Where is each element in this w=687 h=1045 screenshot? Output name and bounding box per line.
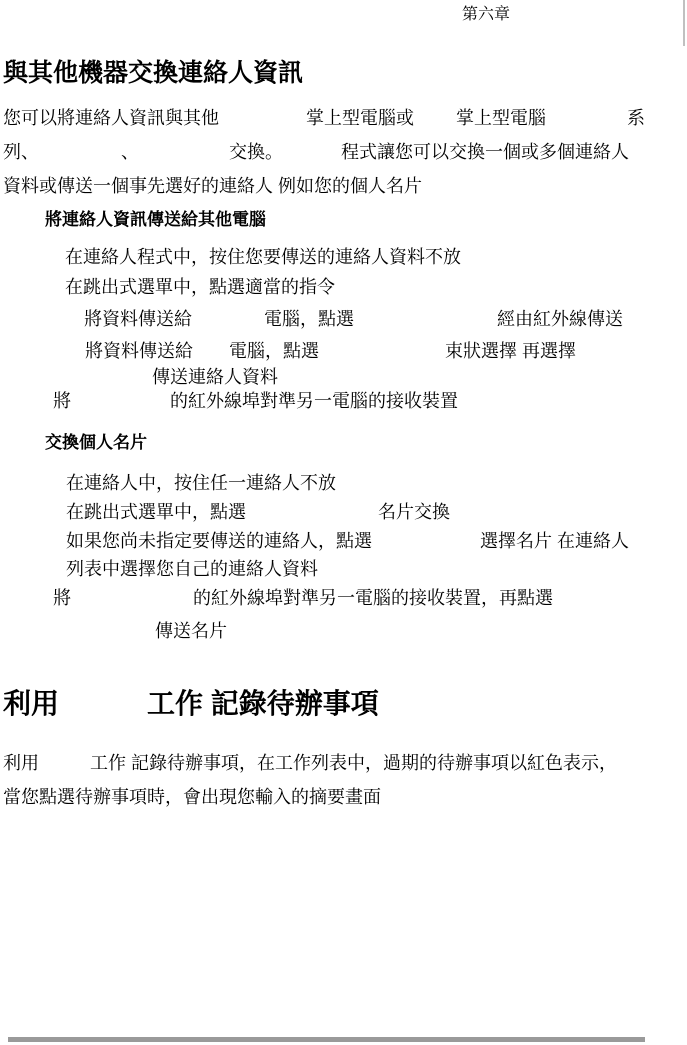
intro-line2-seg3: 交換。 bbox=[229, 142, 283, 163]
section1-step1: 在連絡人程式中，按住您要傳送的連絡人資料不放 bbox=[65, 247, 461, 268]
section2-step3-wrap: 列表中選擇您自己的連絡人資料 bbox=[66, 559, 318, 580]
section1-heading: 將連絡人資訊傳送給其他電腦 bbox=[45, 210, 266, 230]
section1-step5-seg1: 將 bbox=[53, 391, 71, 412]
page-edge-mark bbox=[683, 0, 685, 46]
section1-step3-seg2: 電腦，點選 bbox=[264, 309, 354, 330]
section1-step4-seg2: 電腦，點選 bbox=[229, 341, 319, 362]
section2-step2-seg1: 在跳出式選單中，點選 bbox=[66, 502, 246, 523]
outro-line2: 當您點選待辦事項時，會出現您輸入的摘要畫面 bbox=[3, 787, 381, 808]
section2-step3-seg2: 選擇名片 在連絡人 bbox=[480, 531, 629, 552]
footer-rule bbox=[8, 1037, 645, 1042]
page-title2-seg2: 工作 記錄待辦事項 bbox=[147, 688, 379, 720]
section2-step3-seg1: 如果您尚未指定要傳送的連絡人，點選 bbox=[66, 531, 372, 552]
chapter-running-head: 第六章 bbox=[462, 6, 510, 24]
outro-line1-seg1: 利用 bbox=[3, 753, 39, 774]
page-title2-seg1: 利用 bbox=[3, 688, 59, 720]
section2-step4-wrap: 傳送名片 bbox=[155, 621, 227, 642]
outro-line1-seg2: 工作 記錄待辦事項，在工作列表中，過期的待辦事項以紅色表示， bbox=[90, 753, 617, 774]
section2-step4-seg2: 的紅外線埠對準另一電腦的接收裝置，再點選 bbox=[193, 588, 553, 609]
section2-step2-seg2: 名片交換 bbox=[378, 502, 450, 523]
intro-line1-seg1: 您可以將連絡人資訊與其他 bbox=[3, 108, 219, 129]
section1-step4-seg1: 將資料傳送給 bbox=[85, 341, 193, 362]
document-page: 第六章 與其他機器交換連絡人資訊 您可以將連絡人資訊與其他 掌上型電腦或 掌上型… bbox=[0, 0, 687, 1045]
section2-step1: 在連絡人中，按住任一連絡人不放 bbox=[66, 473, 336, 494]
section1-step2: 在跳出式選單中，點選適當的指令 bbox=[65, 277, 335, 298]
section1-step5-seg2: 的紅外線埠對準另一電腦的接收裝置 bbox=[170, 391, 458, 412]
intro-line1-seg2: 掌上型電腦或 bbox=[306, 108, 414, 129]
section1-step4-seg3: 束狀選擇 再選擇 bbox=[445, 341, 576, 362]
intro-line2-seg2: 、 bbox=[121, 142, 139, 163]
section2-heading: 交換個人名片 bbox=[45, 433, 147, 453]
section1-step3-seg1: 將資料傳送給 bbox=[84, 309, 192, 330]
section1-step3-seg3: 經由紅外線傳送 bbox=[497, 309, 623, 330]
intro-line2-seg4: 程式讓您可以交換一個或多個連絡人 bbox=[341, 142, 629, 163]
section2-step4-seg1: 將 bbox=[53, 588, 71, 609]
intro-line3: 資料或傳送一個事先選好的連絡人 例如您的個人名片 bbox=[3, 176, 422, 197]
intro-line1-seg4: 系 bbox=[627, 108, 645, 129]
section1-step4-wrap: 傳送連絡人資料 bbox=[152, 367, 278, 388]
page-title: 與其他機器交換連絡人資訊 bbox=[3, 59, 303, 88]
intro-line2-seg1: 列、 bbox=[3, 142, 39, 163]
intro-line1-seg3: 掌上型電腦 bbox=[456, 108, 546, 129]
